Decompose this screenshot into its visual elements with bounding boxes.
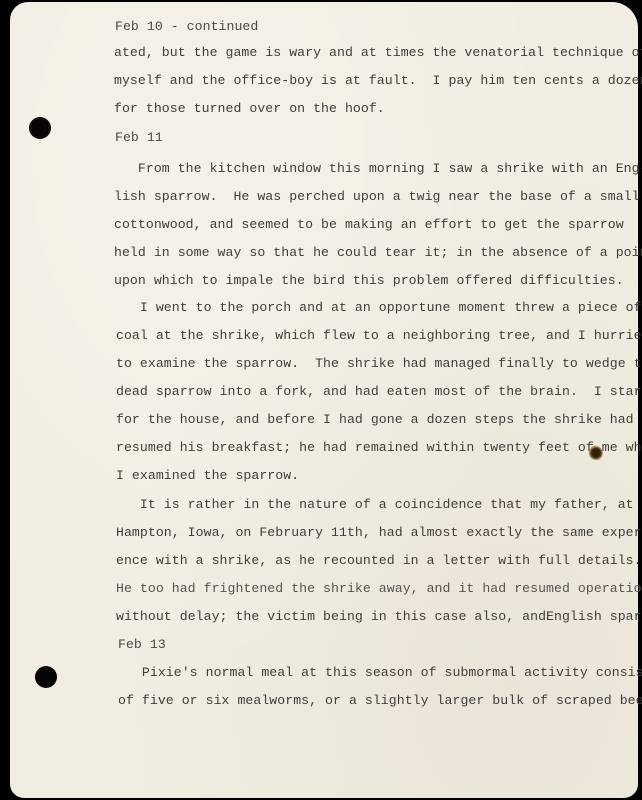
text-line: From the kitchen window this morning I s… bbox=[114, 161, 642, 177]
text-line: cottonwood, and seemed to be making an e… bbox=[114, 217, 624, 233]
section-heading-feb-13: Feb 13 bbox=[118, 637, 166, 653]
text-line: He too had frightened the shrike away, a… bbox=[116, 581, 642, 597]
section-heading-feb-10: Feb 10 - continued bbox=[115, 19, 258, 35]
text-line: coal at the shrike, which flew to a neig… bbox=[116, 328, 642, 344]
text-line: ence with a shrike, as he recounted in a… bbox=[116, 553, 642, 569]
text-line: to examine the sparrow. The shrike had m… bbox=[116, 356, 642, 372]
text-line: resumed his breakfast; he had remained w… bbox=[116, 440, 642, 456]
text-line: for the house, and before I had gone a d… bbox=[116, 412, 634, 428]
text-line: for those turned over on the hoof. bbox=[114, 101, 385, 117]
section-heading-feb-11: Feb 11 bbox=[115, 130, 163, 146]
text-line: Hampton, Iowa, on February 11th, had alm… bbox=[116, 525, 642, 541]
text-line: I examined the sparrow. bbox=[116, 468, 299, 484]
text-line: Pixie's normal meal at this season of su… bbox=[118, 665, 642, 681]
text-line: myself and the office-boy is at fault. I… bbox=[114, 73, 642, 89]
text-line: without delay; the victim being in this … bbox=[116, 609, 642, 625]
scanned-page: Feb 10 - continued ated, but the game is… bbox=[0, 0, 642, 800]
text-line: I went to the porch and at an opportune … bbox=[116, 300, 642, 316]
text-line: lish sparrow. He was perched upon a twig… bbox=[114, 189, 640, 205]
text-line: held in some way so that he could tear i… bbox=[114, 245, 642, 261]
text-line: dead sparrow into a fork, and had eaten … bbox=[116, 384, 642, 400]
text-line: upon which to impale the bird this probl… bbox=[114, 273, 624, 289]
text-line: ated, but the game is wary and at times … bbox=[114, 45, 642, 61]
text-line: It is rather in the nature of a coincide… bbox=[116, 497, 634, 513]
text-line: of five or six mealworms, or a slightly … bbox=[118, 693, 642, 709]
typewritten-text: Feb 10 - continued ated, but the game is… bbox=[0, 0, 642, 800]
